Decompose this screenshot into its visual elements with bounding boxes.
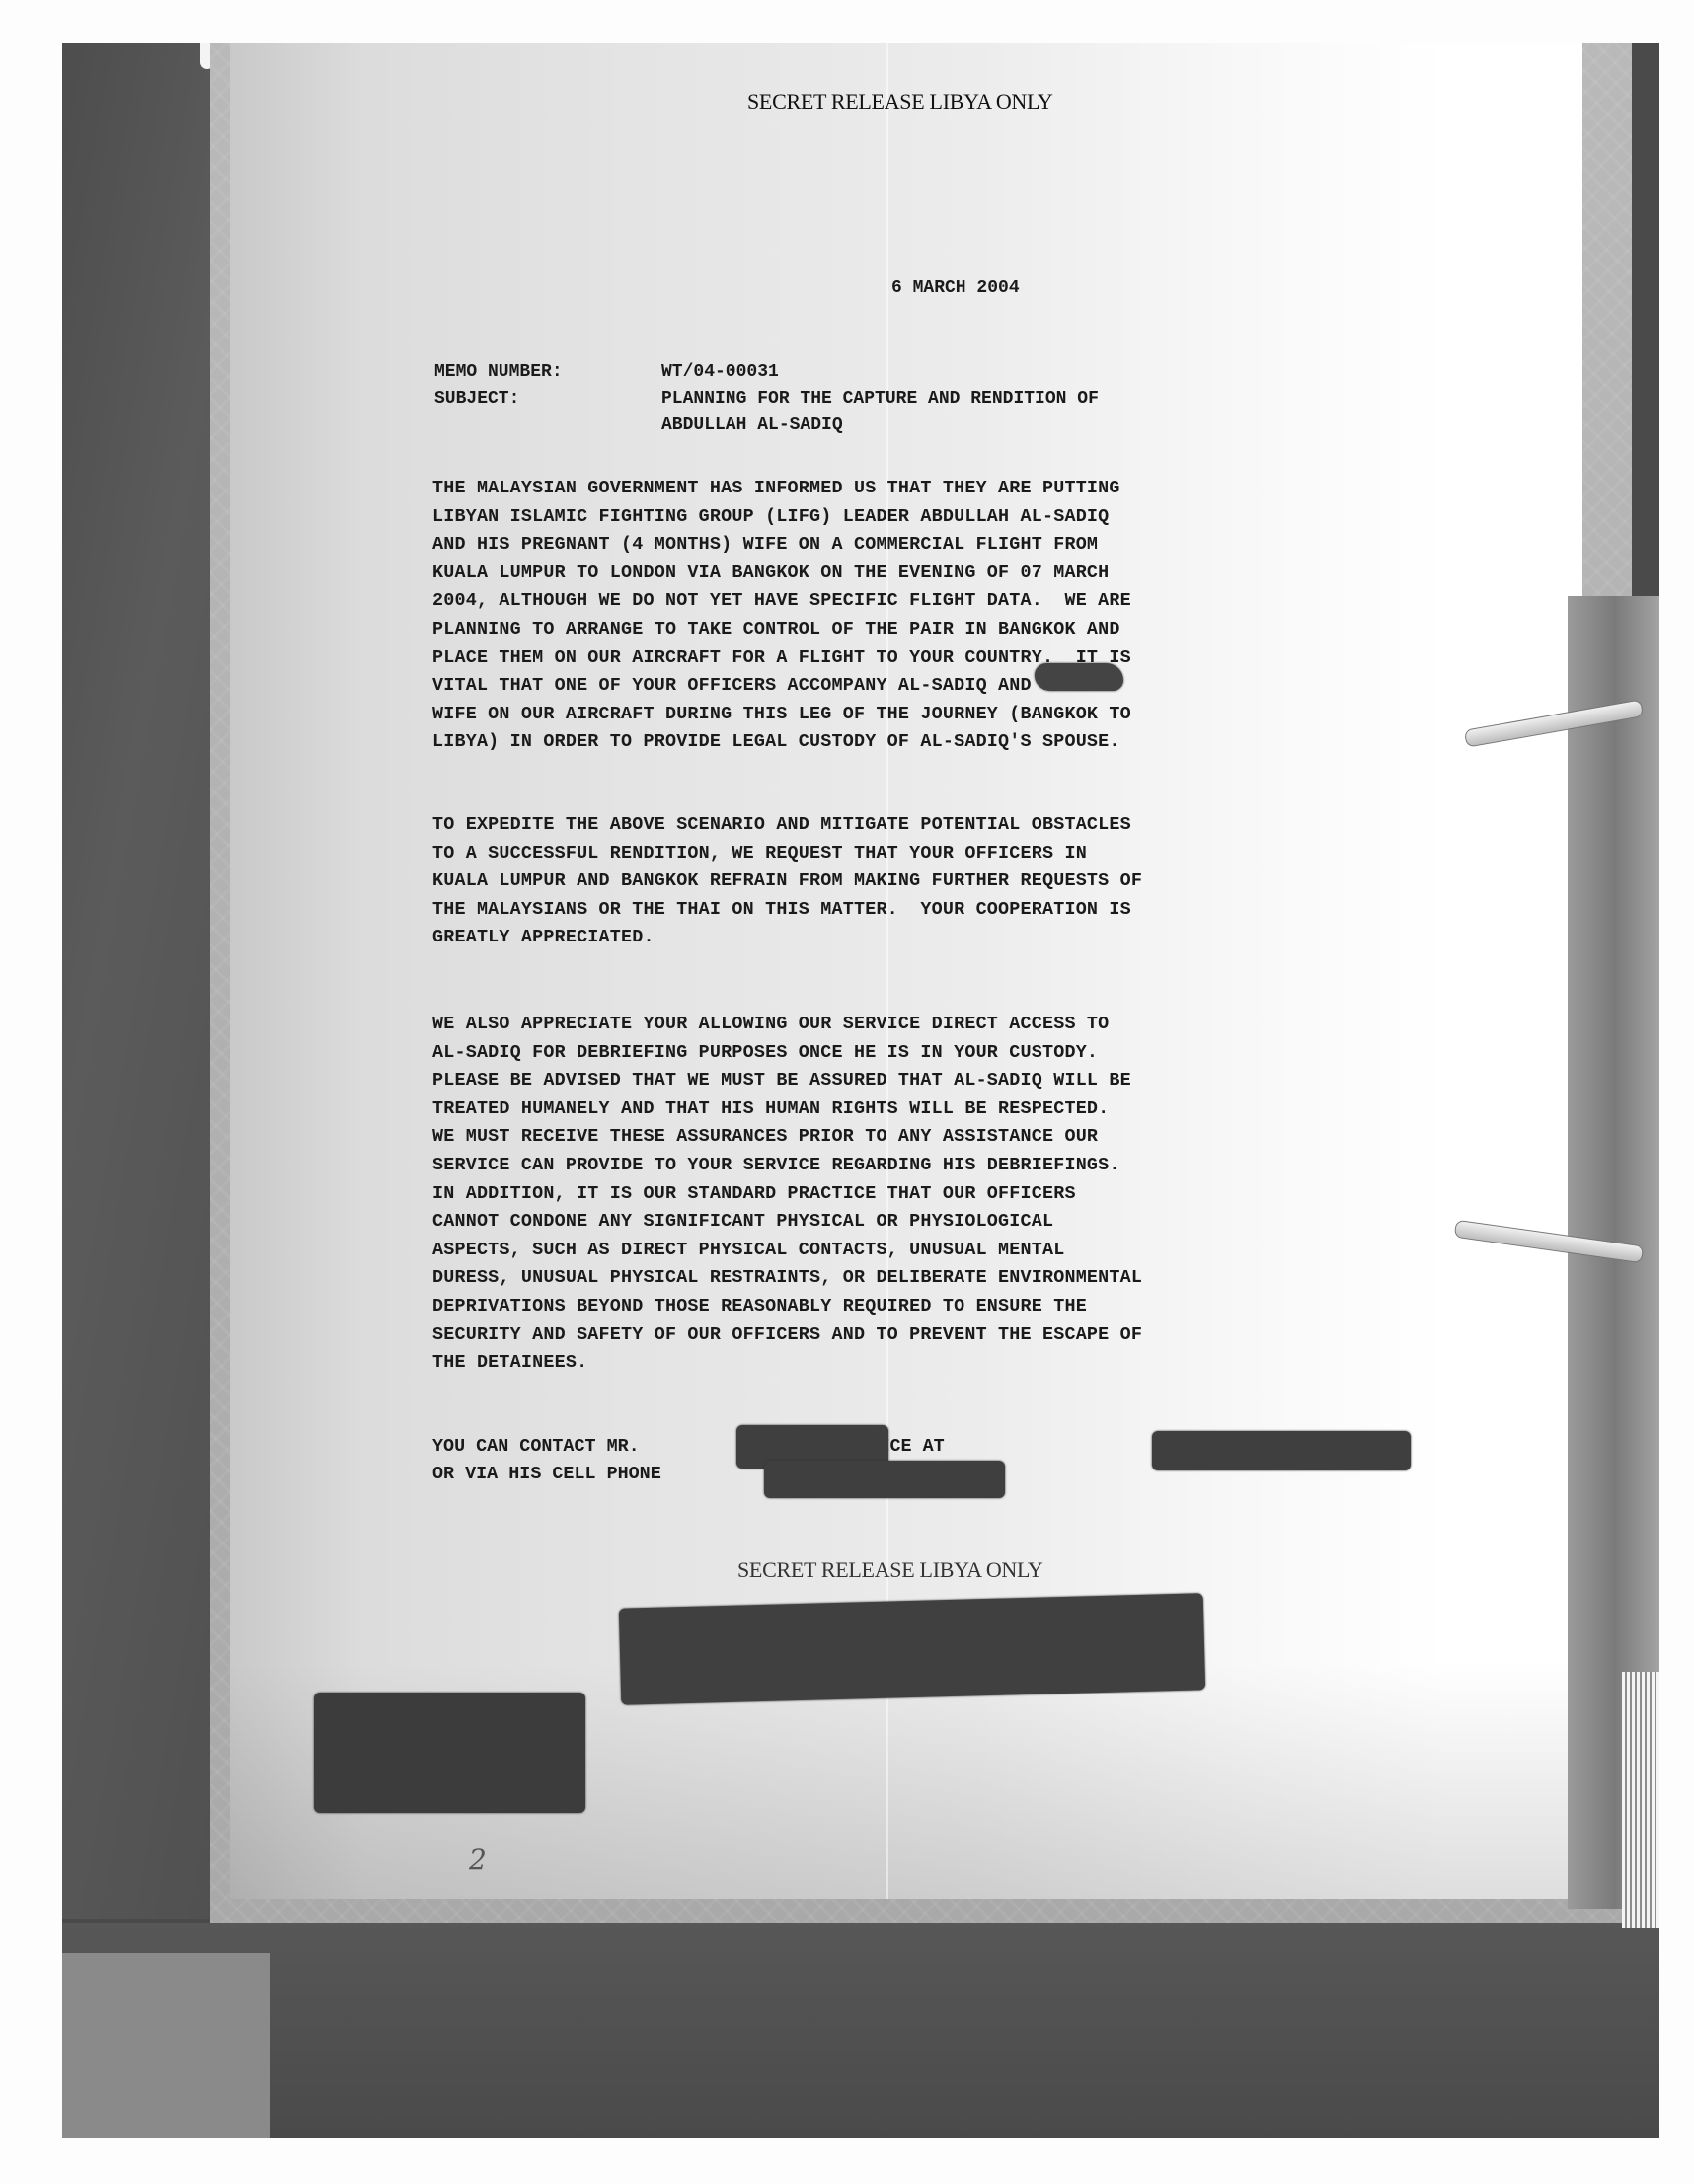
redaction-cell-number xyxy=(764,1461,1005,1498)
classification-footer: SECRET RELEASE LIBYA ONLY xyxy=(737,1557,1043,1583)
subject-line-2: ABDULLAH AL-SADIQ xyxy=(661,415,843,435)
memo-number-label: MEMO NUMBER: xyxy=(434,362,661,382)
handwritten-page-mark: 2 xyxy=(469,1844,487,1876)
binder-cover-left xyxy=(62,43,225,1919)
paragraph-1: THE MALAYSIAN GOVERNMENT HAS INFORMED US… xyxy=(432,475,1131,757)
subject-line-1: PLANNING FOR THE CAPTURE AND RENDITION O… xyxy=(661,389,1099,409)
redaction-signature-block xyxy=(619,1593,1205,1704)
paragraph-3: WE ALSO APPRECIATE YOUR ALLOWING OUR SER… xyxy=(432,1011,1142,1378)
redaction-address-block xyxy=(314,1693,585,1813)
redaction-smudge xyxy=(1035,663,1123,691)
redaction-office-number xyxy=(1152,1431,1411,1470)
classification-header: SECRET RELEASE LIBYA ONLY xyxy=(747,89,1053,114)
memo-number-row: MEMO NUMBER:WT/04-00031 xyxy=(434,362,779,382)
background-panel xyxy=(62,1953,269,2138)
memo-date: 6 MARCH 2004 xyxy=(891,278,1020,298)
subject-label: SUBJECT: xyxy=(434,389,661,409)
paragraph-2: TO EXPEDITE THE ABOVE SCENARIO AND MITIG… xyxy=(432,811,1142,952)
subject-row: SUBJECT:PLANNING FOR THE CAPTURE AND REN… xyxy=(434,389,1099,409)
memo-number-value: WT/04-00031 xyxy=(661,362,779,382)
paper-stack-edge xyxy=(1622,1672,1659,1928)
background-floor xyxy=(62,1923,1659,2138)
